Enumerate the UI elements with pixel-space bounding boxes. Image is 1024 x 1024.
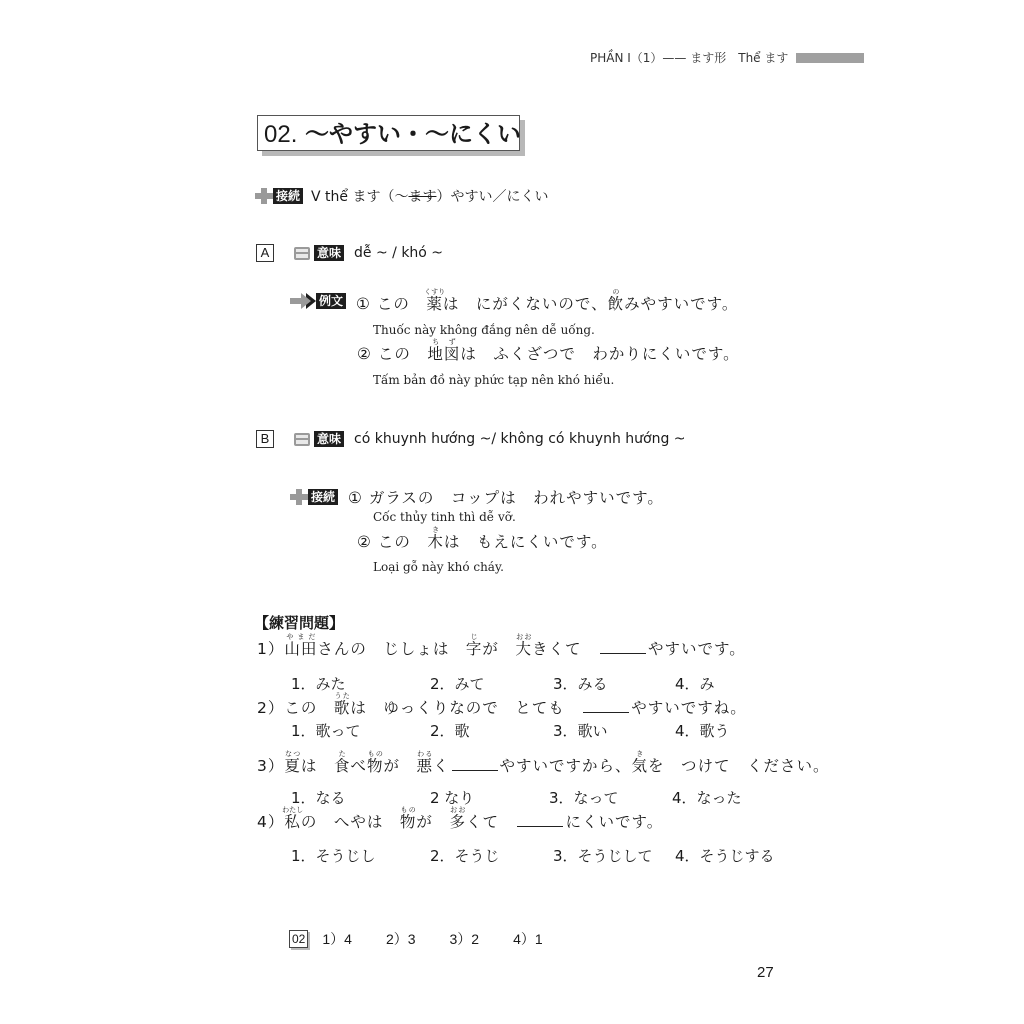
question-3: 3）夏なつは 食たべ物ものが 悪わるくやすいですから、気きを つけて ください。 xyxy=(257,750,830,776)
lesson-title: 02. ～やすい・～にくい xyxy=(257,115,520,151)
option: 2．みて xyxy=(430,673,485,694)
question-3-options: 1．なる 2 なり 3．なって 4．なった xyxy=(0,787,1024,807)
section-b-header: B 意味 có khuynh hướng ~/ không có khuynh … xyxy=(256,430,686,448)
option: 3．そうじして xyxy=(553,845,653,866)
option: 4．み xyxy=(675,673,715,694)
example-b1: 接続 ① ガラスの コップは われやすいです。 xyxy=(290,486,664,508)
book-icon xyxy=(294,247,310,260)
answer-key: 02 1）4 2）3 3）2 4）1 xyxy=(289,929,577,949)
example-sentence: ① この 薬くすりは にがくないので、飲のみやすいです。 xyxy=(356,288,738,314)
option: 2．そうじ xyxy=(430,845,500,866)
meaning-badge: 意味 xyxy=(294,245,344,261)
running-header: PHẦN Ⅰ（1）—— ます形 Thể ます xyxy=(590,49,864,66)
option: 2 なり xyxy=(430,787,474,808)
option: 4．なった xyxy=(672,787,742,808)
example-translation: Loại gỗ này khó cháy. xyxy=(373,560,504,574)
question-1: 1）山田やまださんの じしょは 字じが 大おおきくて やすいです。 xyxy=(257,633,746,659)
page-number: 27 xyxy=(757,964,774,981)
answer-blank xyxy=(600,641,646,654)
option: 3．歌い xyxy=(553,720,608,741)
option: 3．みる xyxy=(553,673,608,694)
book-icon xyxy=(294,433,310,446)
connection-badge: 接続 xyxy=(255,188,303,204)
section-a-header: A 意味 dễ ~ / khó ~ xyxy=(256,244,443,262)
section-letter: A xyxy=(256,244,274,262)
option: 1．みた xyxy=(291,673,346,694)
option: 1．歌って xyxy=(291,720,361,741)
lesson-pattern: ～やすい・～にくい xyxy=(305,120,521,148)
answer-blank xyxy=(452,758,498,771)
answer: 1）4 xyxy=(322,929,352,949)
answer-blank xyxy=(517,814,563,827)
plus-icon xyxy=(255,188,273,204)
exercise-heading: 【練習問題】 xyxy=(254,612,344,633)
lesson-number: 02. xyxy=(264,121,297,148)
example-b2: ② この 木きは もえにくいです。 xyxy=(357,526,608,552)
example-translation: Cốc thủy tinh thì dễ vỡ. xyxy=(373,510,516,524)
option: 4．歌う xyxy=(675,720,730,741)
option: 4．そうじする xyxy=(675,845,775,866)
example-translation: Tấm bản đồ này phức tạp nên khó hiểu. xyxy=(373,373,614,387)
answer-blank xyxy=(583,700,629,713)
connection-badge: 接続 xyxy=(290,489,338,505)
example-badge: 例文 xyxy=(290,293,346,309)
meaning-text: dễ ~ / khó ~ xyxy=(354,245,443,261)
question-4: 4）私わたしの へやは 物ものが 多おおくて にくいです。 xyxy=(257,806,663,832)
option: 1．そうじし xyxy=(291,845,376,866)
example-translation: Thuốc này không đắng nên dễ uống. xyxy=(373,323,595,337)
option: 1．なる xyxy=(291,787,346,808)
section-letter: B xyxy=(256,430,274,448)
answer: 4）1 xyxy=(513,929,543,949)
question-2-options: 1．歌って 2．歌 3．歌い 4．歌う xyxy=(0,720,1024,750)
plus-icon xyxy=(290,489,308,505)
arrow-icon xyxy=(290,293,316,309)
option: 3．なって xyxy=(549,787,619,808)
connection-rule: 接続 V thể ます（～ます）やすい／にくい xyxy=(255,186,548,206)
question-2: 2）この 歌うたは ゆっくりなので とても やすいですね。 xyxy=(257,692,747,718)
answer: 2）3 xyxy=(386,929,416,949)
meaning-badge: 意味 xyxy=(294,431,344,447)
question-4-options: 1．そうじし 2．そうじ 3．そうじして 4．そうじする xyxy=(0,845,1024,865)
answer: 3）2 xyxy=(450,929,480,949)
example-a2: ② この 地図ちずは ふくざつで わかりにくいです。 xyxy=(357,338,740,364)
running-title: PHẦN Ⅰ（1）—— ます形 Thể ます xyxy=(590,49,788,66)
header-bar xyxy=(796,53,864,63)
option: 2．歌 xyxy=(430,720,470,741)
example-a1: 例文 ① この 薬くすりは にがくないので、飲のみやすいです。 xyxy=(290,288,738,314)
example-sentence: ① ガラスの コップは われやすいです。 xyxy=(348,486,664,508)
meaning-text: có khuynh hướng ~/ không có khuynh hướng… xyxy=(354,431,686,447)
answer-key-label: 02 xyxy=(289,930,308,948)
question-1-options: 1．みた 2．みて 3．みる 4．み xyxy=(0,673,1024,693)
connection-text: V thể ます（～ます）やすい／にくい xyxy=(311,186,548,206)
